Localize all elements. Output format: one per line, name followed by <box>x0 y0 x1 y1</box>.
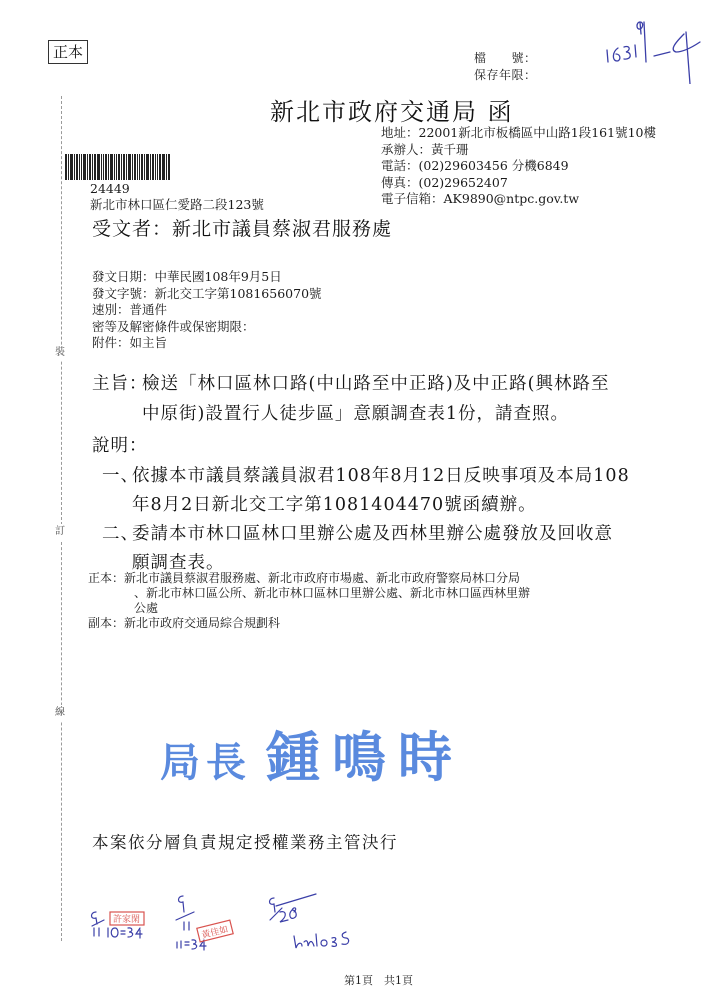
retention-label: 保存年限： <box>474 67 537 84</box>
svg-text:許家閑: 許家閑 <box>113 913 140 925</box>
explanation-label: 說明： <box>92 432 148 457</box>
agency-address: 地址：22001新北市板橋區中山路1段161號10樓 <box>381 125 656 142</box>
original-recipients-line-1: 新北市議員蔡淑君服務處、新北市政府市場處、新北市政府警察局林口分局 <box>124 571 520 585</box>
postal-code: 24449 <box>90 181 264 197</box>
email-address: 電子信箱：AK9890@ntpc.gov.tw <box>381 191 656 208</box>
file-meta: 檔 號： 保存年限： <box>474 50 537 84</box>
binding-mark-zhuang: 裝 <box>55 345 65 361</box>
copy-type-box: 正本 <box>48 40 88 64</box>
binding-mark-xian: 線 <box>55 705 65 721</box>
director-signature-stamp: 局長鍾鳴時 <box>160 715 464 792</box>
recipient-postal-block: 24449 新北市林口區仁愛路二段123號 <box>90 181 264 213</box>
attachment: 附件：如主旨 <box>92 335 322 352</box>
file-number-label: 檔 號： <box>474 50 537 67</box>
agency-contact-block: 地址：22001新北市板橋區中山路1段161號10樓 承辦人：黃千珊 電話：(0… <box>381 125 656 208</box>
explanation-item-2-line-1: 委請本市林口區林口里辦公處及西林里辦公處發放及回收意 <box>132 520 613 545</box>
handwritten-file-note <box>604 14 708 84</box>
fax-number: 傳真：(02)29652407 <box>381 175 656 192</box>
phone-number: 電話：(02)29603456 分機6849 <box>381 158 656 175</box>
send-date: 發文日期：中華民國108年9月5日 <box>92 269 322 286</box>
director-name: 鍾鳴時 <box>266 725 464 789</box>
director-title: 局長 <box>160 739 252 786</box>
page-number: 第1頁 共1頁 <box>344 972 413 988</box>
subject-line-2: 中原街)設置行人徒步區」意願調查表1份，請查照。 <box>142 400 569 425</box>
original-recipients-line-3: 公處 <box>88 601 530 616</box>
distribution-list: 正本：新北市議員蔡淑君服務處、新北市政府市場處、新北市政府警察局林口分局 、新北… <box>88 571 530 631</box>
binding-mark-ding: 訂 <box>55 524 65 540</box>
copy-recipients-label: 副本： <box>88 616 124 630</box>
subject-line-1: 檢送「林口區林口路(中山路至中正路)及中正路(興林路至 <box>142 370 609 395</box>
recipient-address: 新北市林口區仁愛路二段123號 <box>90 197 264 213</box>
barcode <box>65 154 177 180</box>
binding-line <box>61 96 62 941</box>
original-recipients-label: 正本： <box>88 571 124 585</box>
subject-label: 主旨： <box>92 370 148 395</box>
explanation-item-1-line-1: 依據本市議員蔡議員淑君108年8月12日反映事項及本局108 <box>132 462 630 487</box>
handler-name: 承辦人：黃千珊 <box>381 142 656 159</box>
delivery-speed: 速別：普通件 <box>92 302 322 319</box>
document-number: 發文字號：新北交工字第1081656070號 <box>92 286 322 303</box>
original-recipients-line-2: 、新北市林口區公所、新北市林口區林口里辦公處、新北市林口區西林里辦 <box>88 586 530 601</box>
explanation-item-1-line-2: 年8月2日新北交工字第1081404470號函續辦。 <box>132 491 537 516</box>
copy-recipients-value: 新北市政府交通局綜合規劃科 <box>124 616 280 630</box>
document-title: 新北市政府交通局 函 <box>270 92 514 127</box>
send-meta-block: 發文日期：中華民國108年9月5日 發文字號：新北交工字第1081656070號… <box>92 269 322 352</box>
handwritten-receipt-annotations: 許家閑 黃佳如 <box>80 890 380 970</box>
recipient: 受文者：新北市議員蔡淑君服務處 <box>92 214 392 241</box>
delegation-note: 本案依分層負責規定授權業務主管決行 <box>92 829 398 853</box>
confidentiality: 密等及解密條件或保密期限： <box>92 319 322 336</box>
